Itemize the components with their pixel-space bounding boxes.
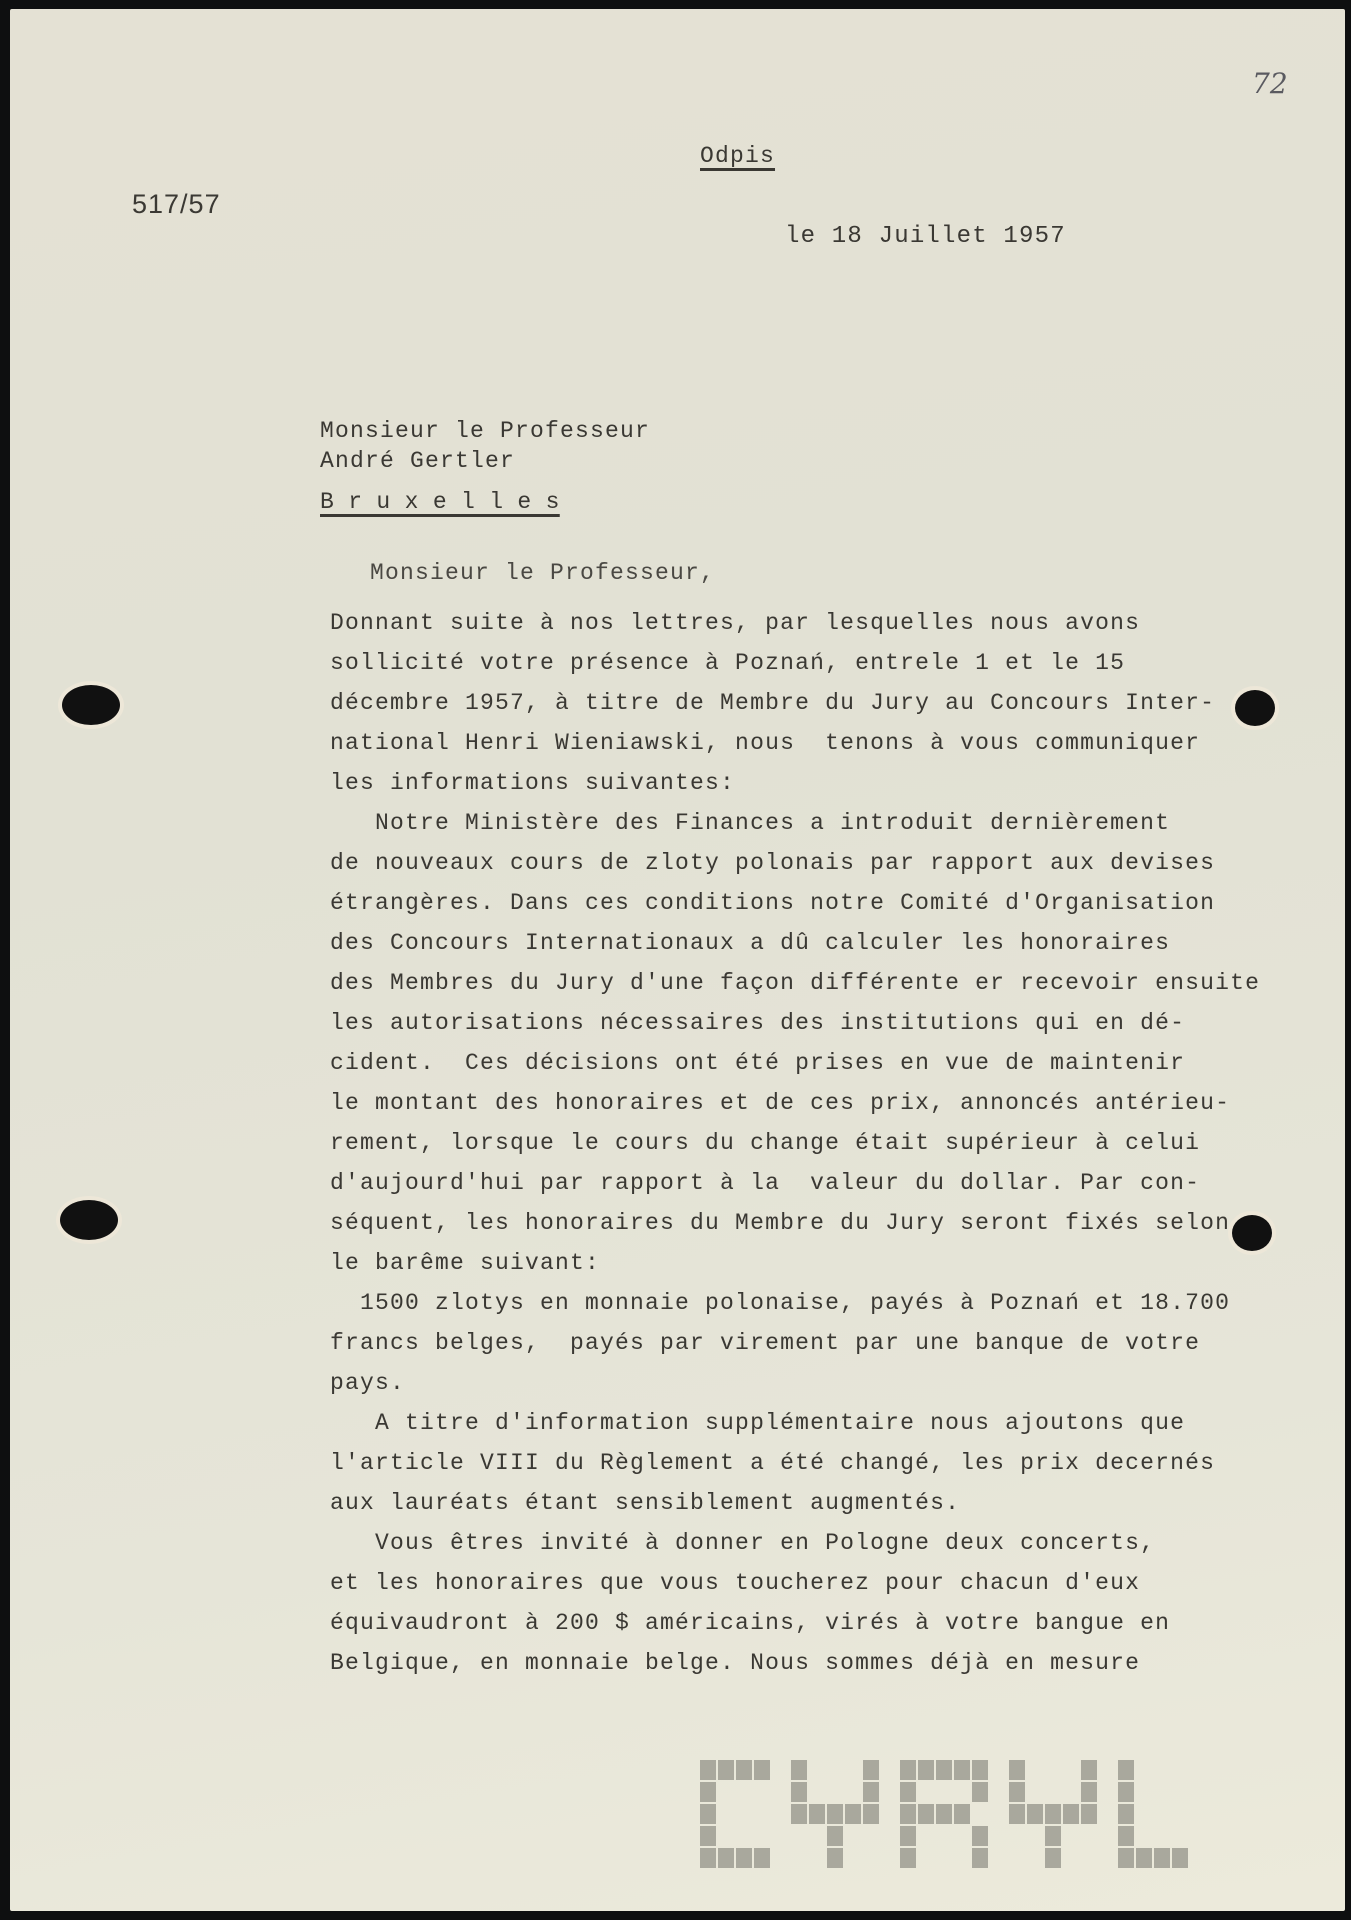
body-line: le barême suivant: bbox=[330, 1252, 600, 1275]
cyryl-watermark-logo bbox=[700, 1760, 1320, 1870]
date: le 18 Juillet 1957 bbox=[785, 225, 1066, 249]
salutation: Monsieur le Professeur, bbox=[370, 562, 715, 585]
body-line: Belgique, en monnaie belge. Nous sommes … bbox=[330, 1652, 1140, 1675]
body-line: rement, lorsque le cours du change était… bbox=[330, 1132, 1200, 1155]
body-line: Notre Ministère des Finances a introduit… bbox=[330, 812, 1170, 835]
page-number: 72 bbox=[1252, 67, 1288, 100]
body-line: A titre d'information supplémentaire nou… bbox=[330, 1412, 1185, 1435]
punch-hole bbox=[62, 685, 120, 725]
body-line: national Henri Wieniawski, nous tenons à… bbox=[330, 732, 1200, 755]
body-line: francs belges, payés par virement par un… bbox=[330, 1332, 1200, 1355]
body-line: Vous êtres invité à donner en Pologne de… bbox=[330, 1532, 1155, 1555]
body-line: des Concours Internationaux a dû calcule… bbox=[330, 932, 1170, 955]
recipient-line2: André Gertler bbox=[320, 450, 515, 473]
body-line: les informations suivantes: bbox=[330, 772, 735, 795]
body-line: les autorisations nécessaires des instit… bbox=[330, 1012, 1185, 1035]
body-line: cident. Ces décisions ont été prises en … bbox=[330, 1052, 1185, 1075]
punch-hole bbox=[1235, 690, 1275, 726]
recipient-line1: Monsieur le Professeur bbox=[320, 420, 650, 443]
body-line: décembre 1957, à titre de Membre du Jury… bbox=[330, 692, 1215, 715]
body-line: de nouveaux cours de zloty polonais par … bbox=[330, 852, 1215, 875]
reference-number: 517/57 bbox=[132, 189, 221, 220]
body-line: l'article VIII du Règlement a été changé… bbox=[330, 1452, 1215, 1475]
body-line: séquent, les honoraires du Membre du Jur… bbox=[330, 1212, 1230, 1235]
body-line: d'aujourd'hui par rapport à la valeur du… bbox=[330, 1172, 1200, 1195]
document-page: 72 517/57 Odpis le 18 Juillet 1957 Monsi… bbox=[10, 9, 1345, 1911]
body-line: sollicité votre présence à Poznań, entre… bbox=[330, 652, 1125, 675]
punch-hole bbox=[60, 1200, 118, 1240]
body-line: 1500 zlotys en monnaie polonaise, payés … bbox=[330, 1292, 1230, 1315]
punch-hole bbox=[1232, 1215, 1272, 1251]
body-line: et les honoraires que vous toucherez pou… bbox=[330, 1572, 1140, 1595]
body-line: Donnant suite à nos lettres, par lesquel… bbox=[330, 612, 1140, 635]
body-line: étrangères. Dans ces conditions notre Co… bbox=[330, 892, 1215, 915]
body-line: le montant des honoraires et de ces prix… bbox=[330, 1092, 1230, 1115]
body-line: des Membres du Jury d'une façon différen… bbox=[330, 972, 1260, 995]
body-line: pays. bbox=[330, 1372, 405, 1395]
heading: Odpis bbox=[700, 145, 775, 168]
recipient-city: B r u x e l l e s bbox=[320, 491, 560, 514]
body-line: équivaudront à 200 $ américains, virés à… bbox=[330, 1612, 1170, 1635]
body-line: aux lauréats étant sensiblement augmenté… bbox=[330, 1492, 960, 1515]
